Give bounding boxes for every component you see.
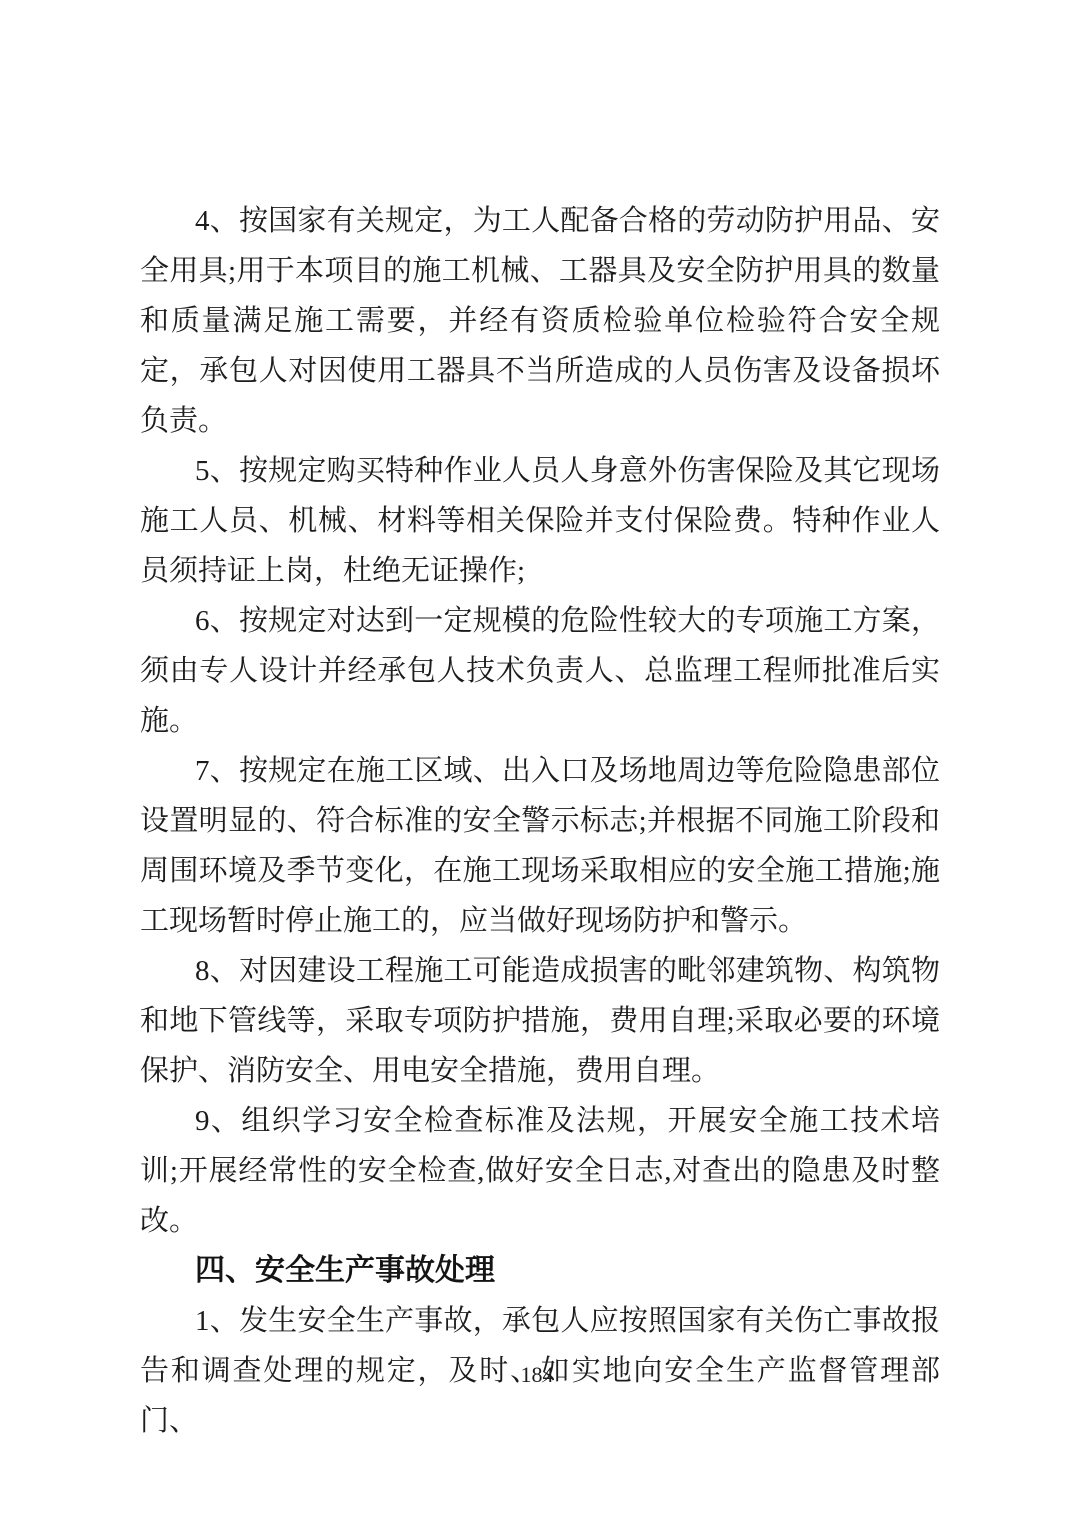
- page-number: 184: [0, 1358, 1074, 1392]
- section-heading: 四、安全生产事故处理: [140, 1246, 940, 1296]
- paragraph-clause-9: 9、组织学习安全检查标准及法规，开展安全施工技术培训;开展经常性的安全检查,做好…: [140, 1096, 940, 1246]
- paragraph-clause-4: 4、按国家有关规定，为工人配备合格的劳动防护用品、安全用具;用于本项目的施工机械…: [140, 196, 940, 446]
- paragraph-clause-8: 8、对因建设工程施工可能造成损害的毗邻建筑物、构筑物和地下管线等，采取专项防护措…: [140, 946, 940, 1096]
- page-content: 4、按国家有关规定，为工人配备合格的劳动防护用品、安全用具;用于本项目的施工机械…: [140, 196, 940, 1446]
- paragraph-clause-6: 6、按规定对达到一定规模的危险性较大的专项施工方案，须由专人设计并经承包人技术负…: [140, 596, 940, 746]
- document-page: 4、按国家有关规定，为工人配备合格的劳动防护用品、安全用具;用于本项目的施工机械…: [0, 0, 1074, 1520]
- paragraph-clause-5: 5、按规定购买特种作业人员人身意外伤害保险及其它现场施工人员、机械、材料等相关保…: [140, 446, 940, 596]
- paragraph-clause-7: 7、按规定在施工区域、出入口及场地周边等危险隐患部位设置明显的、符合标准的安全警…: [140, 746, 940, 946]
